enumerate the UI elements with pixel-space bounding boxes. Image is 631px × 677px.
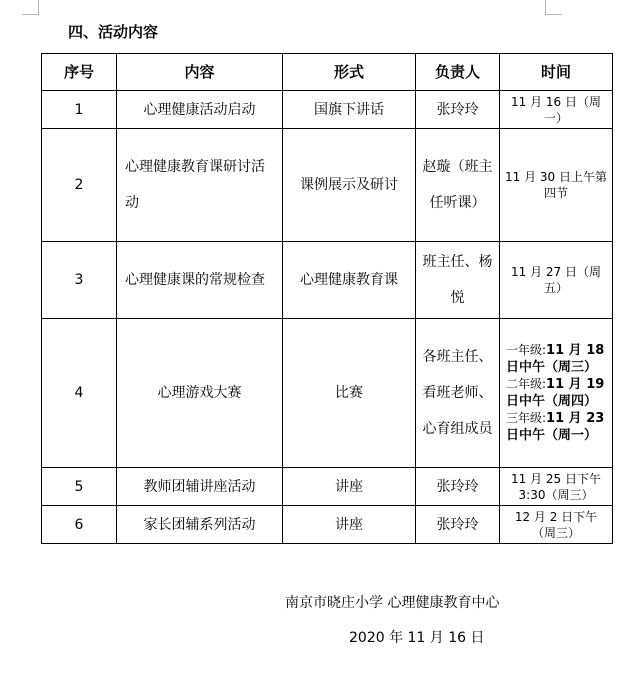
cell-owner: 张玲玲 xyxy=(416,506,500,544)
page-corner-mark-right xyxy=(545,0,562,15)
cell-content: 心理游戏大赛 xyxy=(117,319,283,468)
page-corner-mark-left xyxy=(22,0,39,15)
cell-no: 3 xyxy=(42,242,117,319)
table-row: 1 心理健康活动启动 国旗下讲话 张玲玲 11 月 16 日（周一） xyxy=(42,91,613,129)
cell-time: 11 月 30 日上午第四节 xyxy=(500,129,613,242)
grade-label: 一年级: xyxy=(506,343,546,357)
table-row: 5 教师团辅讲座活动 讲座 张玲玲 11 月 25 日下午 3:30（周三） xyxy=(42,468,613,506)
header-time: 时间 xyxy=(500,54,613,91)
cell-content: 心理健康课的常规检查 xyxy=(117,242,283,319)
cell-no: 4 xyxy=(42,319,117,468)
cell-no: 1 xyxy=(42,91,117,129)
activity-table: 序号 内容 形式 负责人 时间 1 心理健康活动启动 国旗下讲话 张玲玲 11 … xyxy=(41,53,613,544)
cell-content: 教师团辅讲座活动 xyxy=(117,468,283,506)
cell-content: 家长团辅系列活动 xyxy=(117,506,283,544)
schedule-line-grade3: 三年级:11 月 23 日中午（周一） xyxy=(506,410,608,444)
table-row: 3 心理健康课的常规检查 心理健康教育课 班主任、杨悦 11 月 27 日（周五… xyxy=(42,242,613,319)
header-form: 形式 xyxy=(283,54,416,91)
cell-time: 11 月 16 日（周一） xyxy=(500,91,613,129)
cell-form: 讲座 xyxy=(283,468,416,506)
cell-owner: 张玲玲 xyxy=(416,468,500,506)
cell-time: 11 月 25 日下午 3:30（周三） xyxy=(500,468,613,506)
header-content: 内容 xyxy=(117,54,283,91)
cell-time-schedule: 一年级:11 月 18 日中午（周三） 二年级:11 月 19 日中午（周四） … xyxy=(500,319,613,468)
cell-no: 2 xyxy=(42,129,117,242)
cell-form: 心理健康教育课 xyxy=(283,242,416,319)
cell-owner: 班主任、杨悦 xyxy=(416,242,500,319)
cell-time: 11 月 27 日（周五） xyxy=(500,242,613,319)
table-row: 6 家长团辅系列活动 讲座 张玲玲 12 月 2 日下午（周三） xyxy=(42,506,613,544)
cell-owner: 赵璇（班主任听课） xyxy=(416,129,500,242)
cell-content: 心理健康教育课研讨活动 xyxy=(117,129,283,242)
cell-owner: 张玲玲 xyxy=(416,91,500,129)
cell-form: 国旗下讲话 xyxy=(283,91,416,129)
section-heading: 四、活动内容 xyxy=(68,21,158,42)
grade-label: 三年级: xyxy=(506,411,546,425)
table-row: 2 心理健康教育课研讨活动 课例展示及研讨 赵璇（班主任听课） 11 月 30 … xyxy=(42,129,613,242)
schedule-line-grade2: 二年级:11 月 19 日中午（周四） xyxy=(506,376,608,410)
signature-date: 2020 年 11 月 16 日 xyxy=(349,627,485,647)
cell-owner: 各班主任、看班老师、心育组成员 xyxy=(416,319,500,468)
cell-time: 12 月 2 日下午（周三） xyxy=(500,506,613,544)
grade-label: 二年级: xyxy=(506,377,546,391)
schedule-line-grade1: 一年级:11 月 18 日中午（周三） xyxy=(506,342,608,376)
cell-form: 比赛 xyxy=(283,319,416,468)
cell-no: 5 xyxy=(42,468,117,506)
table-row: 4 心理游戏大赛 比赛 各班主任、看班老师、心育组成员 一年级:11 月 18 … xyxy=(42,319,613,468)
header-no: 序号 xyxy=(42,54,117,91)
cell-content: 心理健康活动启动 xyxy=(117,91,283,129)
table-header-row: 序号 内容 形式 负责人 时间 xyxy=(42,54,613,91)
cell-no: 6 xyxy=(42,506,117,544)
cell-form: 课例展示及研讨 xyxy=(283,129,416,242)
header-owner: 负责人 xyxy=(416,54,500,91)
cell-form: 讲座 xyxy=(283,506,416,544)
signature-organization: 南京市晓庄小学 心理健康教育中心 xyxy=(285,592,499,612)
